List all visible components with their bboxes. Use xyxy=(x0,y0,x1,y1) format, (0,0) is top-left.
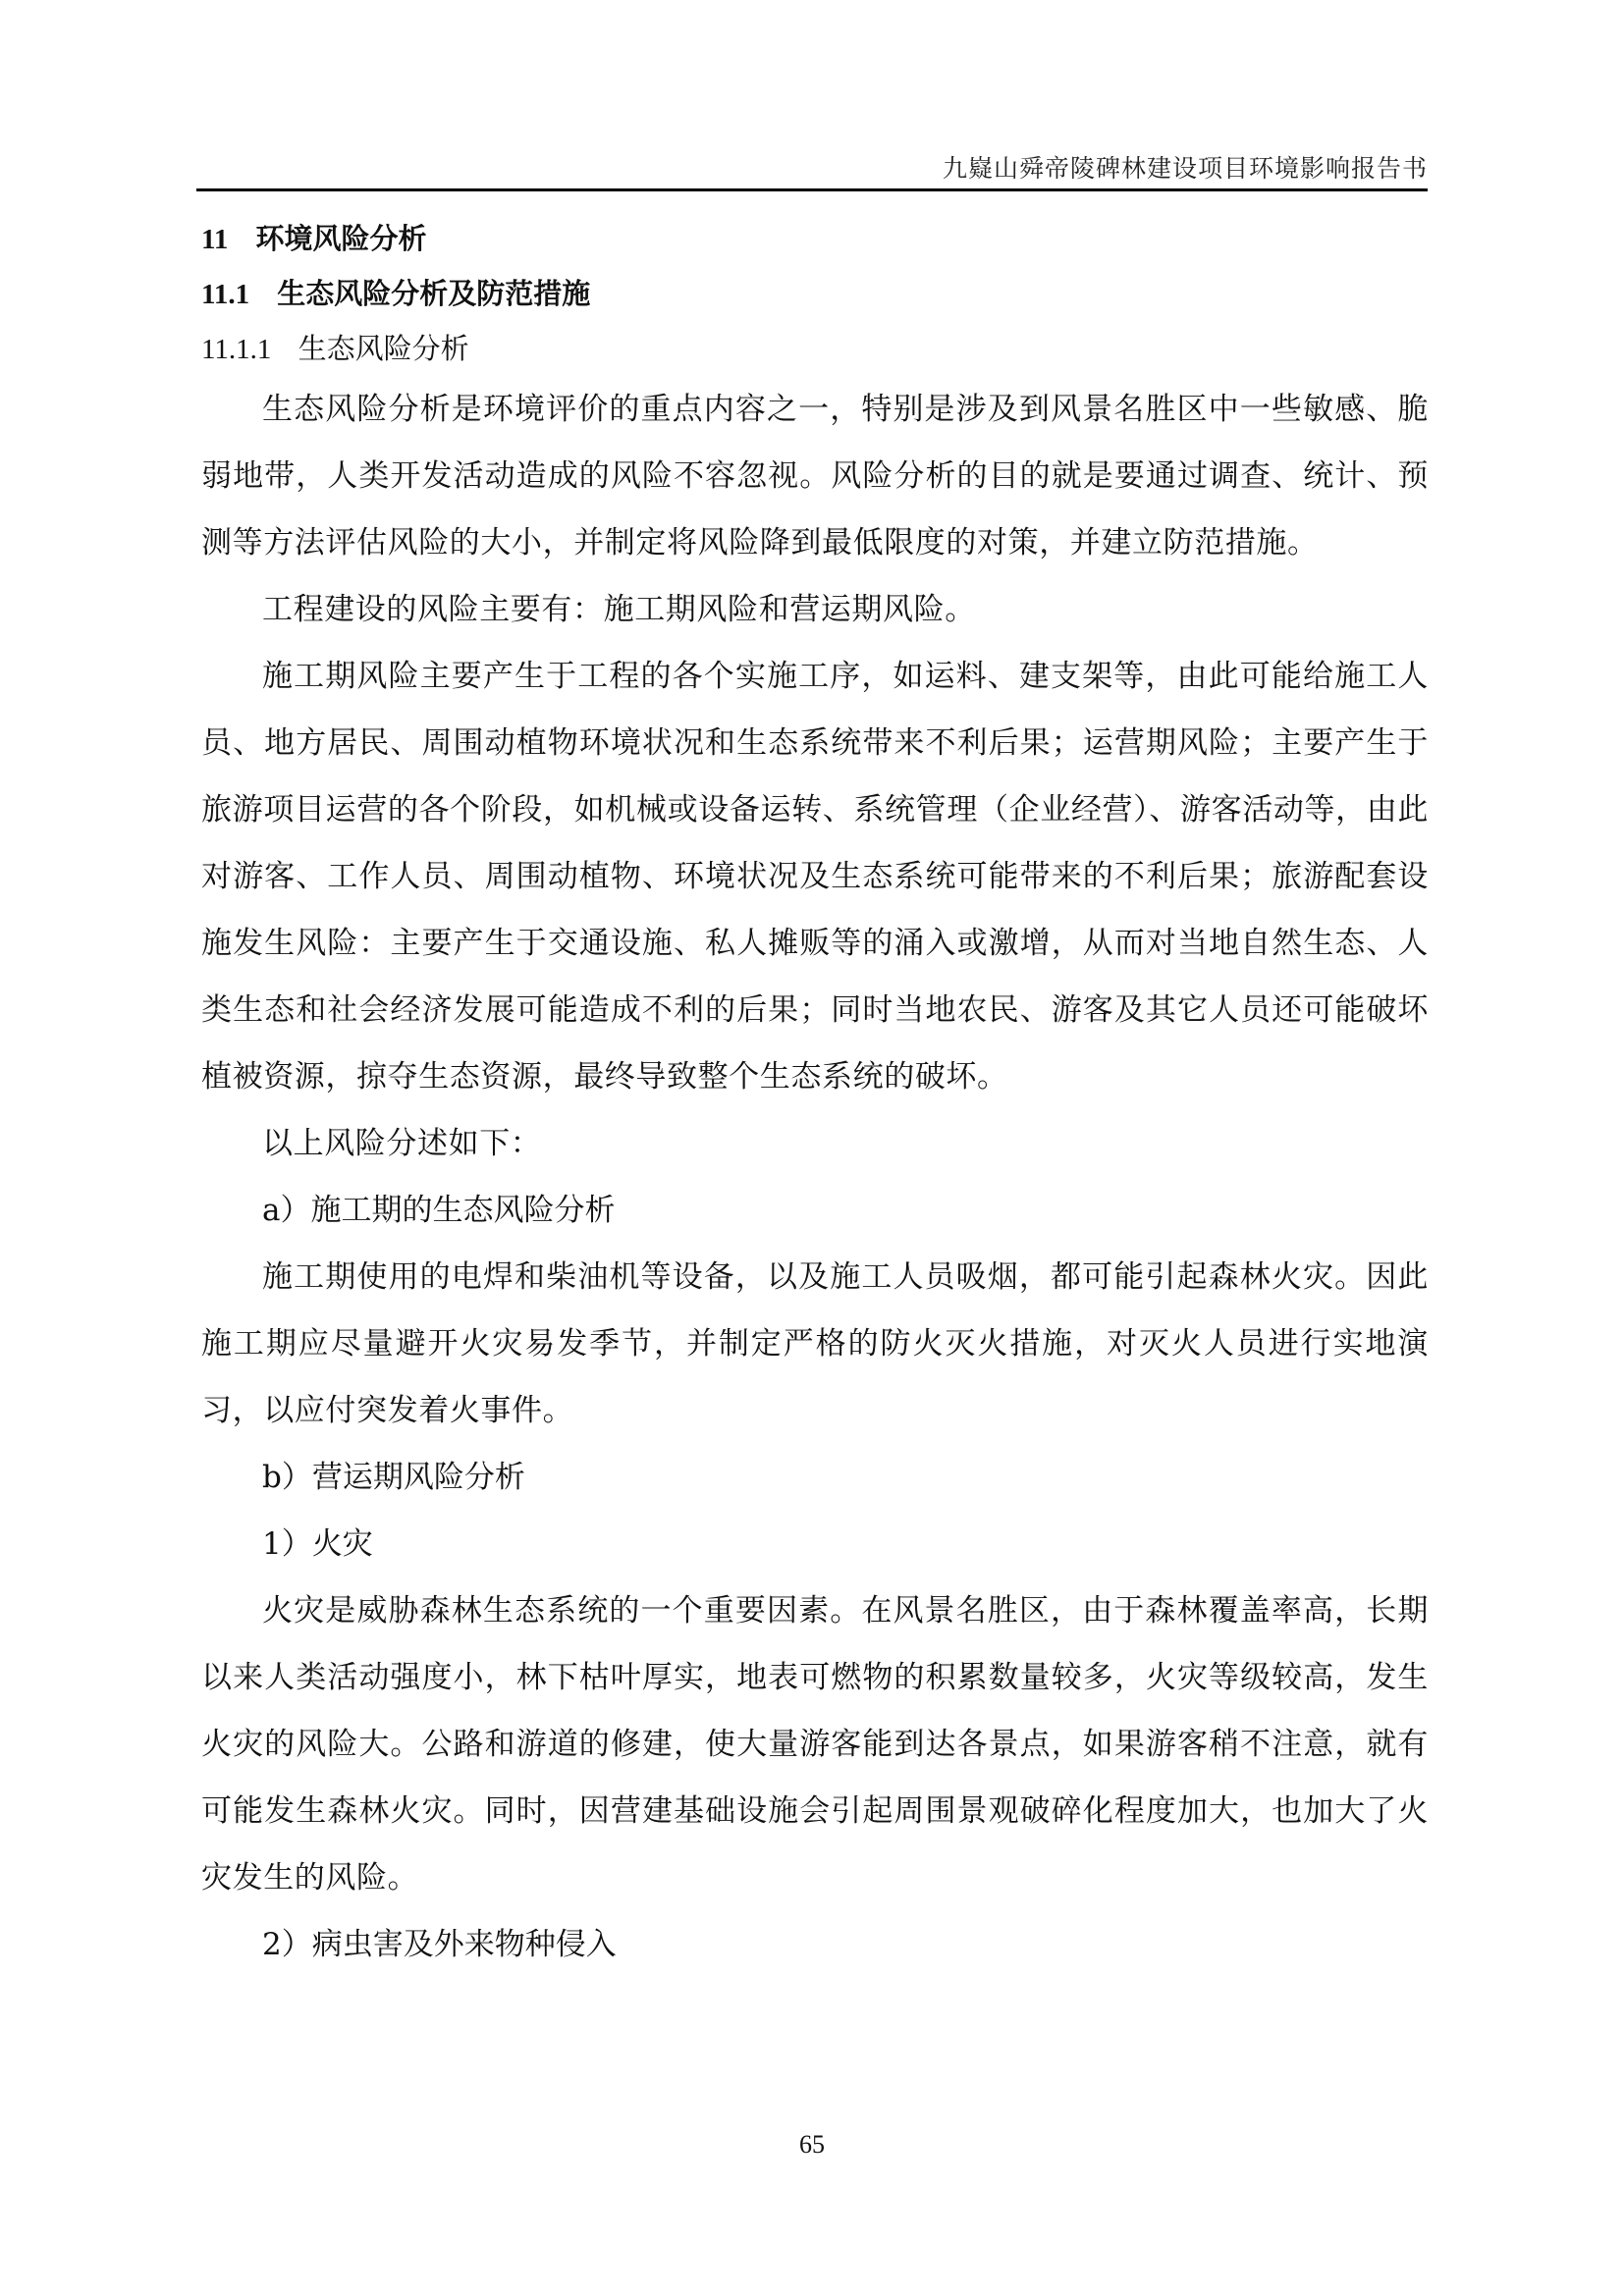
paragraph-risk-types: 工程建设的风险主要有：施工期风险和营运期风险。 xyxy=(201,576,1429,643)
section-heading-11-1: 11.1 生态风险分析及防范措施 xyxy=(201,266,1429,321)
heading-text: 生态风险分析 xyxy=(298,332,469,365)
list-item-b: b）营运期风险分析 xyxy=(201,1444,1429,1511)
heading-number: 11.1 xyxy=(201,279,249,310)
list-item-a: a）施工期的生态风险分析 xyxy=(201,1177,1429,1244)
page-content: 11 环境风险分析 11.1 生态风险分析及防范措施 11.1.1 生态风险分析… xyxy=(201,211,1429,1978)
heading-number: 11 xyxy=(201,224,228,255)
paragraph-risk-details: 施工期风险主要产生于工程的各个实施工序，如运料、建支架等，由此可能给施工人员、地… xyxy=(201,643,1429,1110)
heading-number: 11.1.1 xyxy=(201,334,271,365)
paragraph-summary-lead: 以上风险分述如下： xyxy=(201,1110,1429,1177)
header-title: 九嶷山舜帝陵碑林建设项目环境影响报告书 xyxy=(943,149,1428,185)
section-heading-11: 11 环境风险分析 xyxy=(201,211,1429,266)
heading-text: 环境风险分析 xyxy=(256,222,427,255)
list-item-2: 2）病虫害及外来物种侵入 xyxy=(201,1911,1429,1978)
paragraph-fire-risk: 火灾是威胁森林生态系统的一个重要因素。在风景名胜区，由于森林覆盖率高，长期以来人… xyxy=(201,1577,1429,1911)
paragraph-construction-fire: 施工期使用的电焊和柴油机等设备，以及施工人员吸烟，都可能引起森林火灾。因此施工期… xyxy=(201,1244,1429,1444)
header-rule xyxy=(196,188,1428,191)
list-item-1: 1）火灾 xyxy=(201,1511,1429,1577)
page-number: 65 xyxy=(0,2130,1624,2160)
heading-text: 生态风险分析及防范措施 xyxy=(277,277,590,310)
paragraph-intro: 生态风险分析是环境评价的重点内容之一，特别是涉及到风景名胜区中一些敏感、脆弱地带… xyxy=(201,376,1429,576)
section-heading-11-1-1: 11.1.1 生态风险分析 xyxy=(201,321,1429,376)
